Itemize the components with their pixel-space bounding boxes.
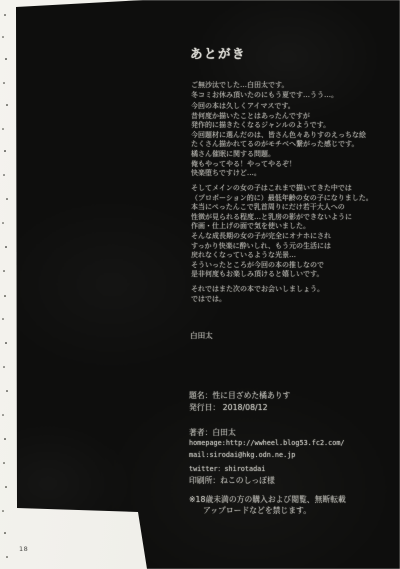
text-line: それではまた次の本でお会いしましょう。: [191, 285, 324, 295]
text-line: 今回の本は久しくアイマスです。: [191, 102, 366, 112]
text-line: 発作的に描きたくなるジャンルのようです。: [191, 121, 366, 131]
page-title: あとがき: [190, 44, 246, 62]
colophon-date-line: 発行日： 2018/08/12: [189, 402, 268, 413]
text-line: ではでは。: [191, 295, 324, 305]
text-line: そんな成長期の女の子が完全にオナホにされ: [191, 232, 331, 242]
text-line: そういったところが今回の本の推しなので: [191, 261, 331, 271]
colophon-title-line: 題名：性に目ざめた橘ありす: [189, 390, 290, 401]
afterword-paragraph: 今回の本は久しくアイマスです。 昔何度か描いたことはあったんですが 発作的に描き…: [191, 102, 366, 179]
text-line: 作画・仕上げの面で気を使いました。: [191, 222, 373, 232]
age-restriction-notice: ※18歳未満の方の購入および閲覧、無断転載: [189, 494, 346, 505]
author-signature: 白田太: [190, 330, 213, 341]
text-line: 戻れなくなっているような光景…: [191, 251, 331, 261]
text-line: 橘さん催眠に関する問題。: [191, 150, 366, 160]
afterword-content: あとがき ご無沙汰でした…白田太です。 冬コミお休み頂いたのにもう夏です…うう……: [0, 0, 400, 569]
text-line: たくさん描かれてるのがモチベへ繋がった感じです。: [191, 140, 366, 150]
colophon-twitter-line: twitter：shirotadai: [189, 463, 265, 473]
afterword-paragraph: それではまた次の本でお会いしましょう。 ではでは。: [191, 285, 324, 304]
text-line: （プロポーション的に）最低年齢の女の子になりました。: [191, 194, 373, 204]
text-line: 是非何度もお楽しみ頂けると嬉しいです。: [191, 270, 331, 280]
afterword-paragraph: そんな成長期の女の子が完全にオナホにされ すっかり快楽に酔いしれ、もう元の生活に…: [191, 232, 331, 280]
colophon-homepage-line: homepage:http://wwheel.blog53.fc2.com/: [189, 439, 345, 447]
colophon-mail-line: mail:sirodai@hkg.odn.ne.jp: [189, 451, 295, 459]
text-line: すっかり快楽に酔いしれ、もう元の生活には: [191, 242, 331, 252]
text-line: 昔何度か描いたことはあったんですが: [191, 112, 366, 122]
afterword-paragraph: ご無沙汰でした…白田太です。 冬コミお休み頂いたのにもう夏です…うう…。: [191, 81, 338, 100]
text-line: 今回題材に選んだのは、皆さん色々ありすのえっちな絵: [191, 131, 366, 141]
text-line: そしてメインの女の子はこれまで描いてきた中では: [191, 184, 373, 194]
page-number: 18: [19, 545, 28, 553]
text-line: 冬コミお休み頂いたのにもう夏です…うう…。: [191, 91, 338, 101]
text-line: 本当にぺったんこで乳首周りにだけ若干大人への: [191, 203, 373, 213]
text-line: 俺もやってやる！やってやるぞ！: [191, 160, 366, 170]
afterword-paragraph: そしてメインの女の子はこれまで描いてきた中では （プロポーション的に）最低年齢の…: [191, 184, 373, 232]
text-line: 性徴が見られる程度…と乳房の影ができないように: [191, 213, 373, 223]
text-line: ご無沙汰でした…白田太です。: [191, 81, 338, 91]
age-restriction-notice: アップロードなどを禁じます。: [189, 505, 311, 516]
scanned-afterword-page: あとがき ご無沙汰でした…白田太です。 冬コミお休み頂いたのにもう夏です…うう……: [0, 0, 400, 569]
colophon-author-line: 著者：白田太: [189, 427, 236, 438]
text-line: 快楽堕ちですけど…。: [191, 169, 366, 179]
colophon-printer-line: 印刷所：ねこのしっぽ様: [189, 475, 275, 486]
